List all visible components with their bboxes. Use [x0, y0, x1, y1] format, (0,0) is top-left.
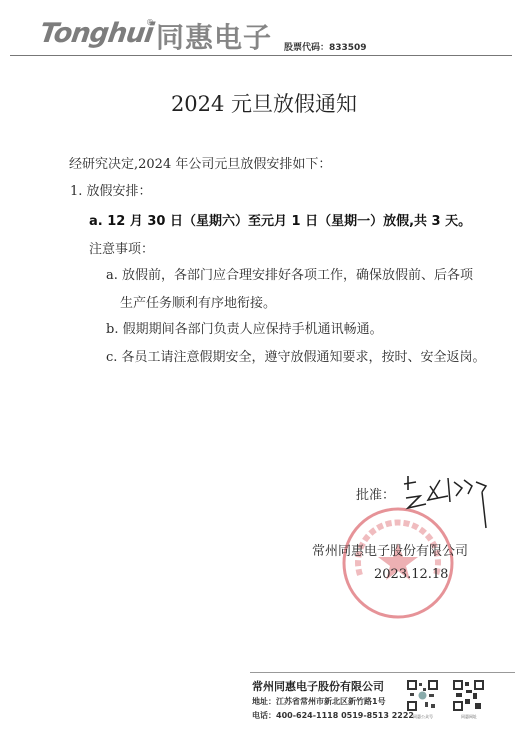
- signature-icon: [402, 468, 502, 548]
- website-qr-icon: [453, 680, 484, 711]
- footer-divider: [250, 672, 515, 673]
- section-heading: 1. 放假安排：: [70, 180, 152, 199]
- intro-text: 经研究决定,2024 年公司元旦放假安排如下：: [69, 153, 331, 172]
- issue-date: 2023.12.18: [374, 567, 448, 582]
- note-a-line1: a. 放假前，各部门应合理安排好各项工作，确保放假前、后各项: [106, 264, 473, 283]
- header-divider: [10, 55, 512, 56]
- notes-heading: 注意事项：: [89, 238, 154, 257]
- footer-phone: 电话：400-624-1118 0519-8513 2222: [252, 710, 414, 721]
- approval-label: 批准：: [356, 484, 395, 503]
- note-b: b. 假期期间各部门负责人应保持手机通讯畅通。: [106, 318, 383, 337]
- logo-english: Tonghui: [38, 18, 155, 49]
- registered-mark: ®: [146, 18, 154, 27]
- footer-address: 地址：江苏省常州市新北区新竹路1号: [252, 696, 386, 707]
- wechat-qr-icon: [407, 680, 438, 711]
- footer-company: 常州同惠电子股份有限公司: [252, 678, 384, 694]
- document-title: 2024 元旦放假通知: [0, 88, 528, 118]
- holiday-schedule: a. 12 月 30 日（星期六）至元月 1 日（星期一）放假,共 3 天。: [89, 210, 471, 229]
- stock-code: 股票代码：833509: [284, 40, 367, 53]
- approving-company: 常州同惠电子股份有限公司: [312, 540, 468, 559]
- note-c: c. 各员工请注意假期安全，遵守放假通知要求，按时、安全返岗。: [106, 346, 486, 365]
- website-qr-label: 同惠网址: [449, 714, 489, 720]
- wechat-qr-label: 同惠公众号: [403, 714, 443, 720]
- note-a-line2: 生产任务顺利有序地衔接。: [120, 292, 276, 311]
- logo-chinese: 同惠电子: [156, 16, 272, 56]
